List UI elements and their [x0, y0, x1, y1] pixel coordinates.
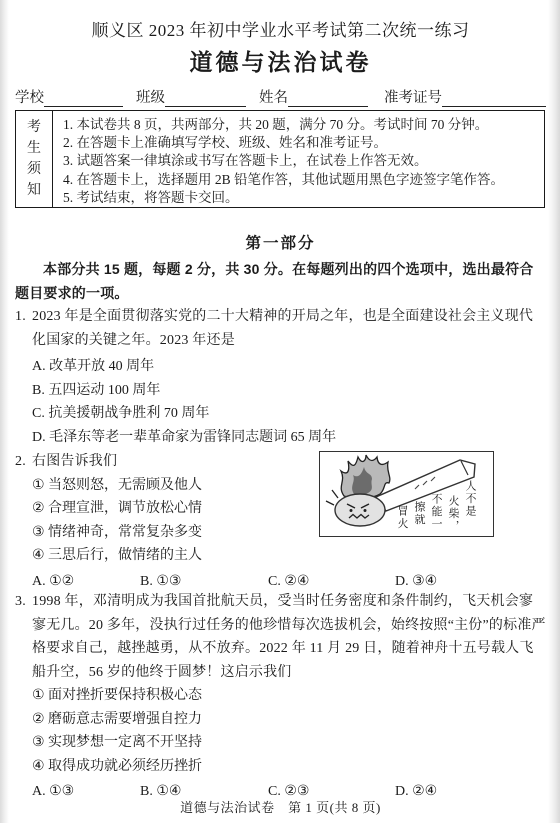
- question-2: 2. 右图告诉我们 ① 当怒则怒，无需顾及他人 ② 合理宣泄，调节放松心情 ③ …: [15, 450, 546, 593]
- question-2-figure-box: 人不是 火柴， 不能一 擦就 冒火: [319, 451, 494, 537]
- admission-number-blank-line: [442, 91, 546, 107]
- statement-4: ④ 取得成功就必须经历挫折: [15, 755, 546, 779]
- name-label: 姓名: [259, 86, 288, 107]
- question-3-items: ① 面对挫折要保持积极心态 ② 磨砺意志需要增强自控力 ③ 实现梦想一定离不开坚…: [15, 684, 546, 778]
- candidate-notice-box: 考 生 须 知 1. 本试卷共 8 页，共两部分，共 20 题，满分 70 分。…: [15, 110, 545, 208]
- school-label: 学校: [15, 86, 44, 107]
- class-blank-line: [165, 91, 246, 107]
- notice-items: 1. 本试卷共 8 页，共两部分，共 20 题，满分 70 分。考试时间 70 …: [53, 111, 544, 207]
- question-1-number: 1.: [15, 305, 26, 329]
- notice-item: 1. 本试卷共 8 页，共两部分，共 20 题，满分 70 分。考试时间 70 …: [63, 116, 536, 134]
- notice-item: 2. 在答题卡上准确填写学校、班级、姓名和准考证号。: [63, 134, 536, 152]
- question-2-number: 2.: [15, 450, 26, 474]
- exam-subject-title: 道德与法治试卷: [15, 44, 546, 77]
- statement-2: ② 磨砺意志需要增强自控力: [15, 708, 546, 732]
- part-one-instructions: 本部分共 15 题，每题 2 分，共 30 分。在每题列出的四个选项中，选出最符…: [15, 258, 546, 305]
- question-1: 1. 2023 年是全面贯彻落实党的二十大精神的开局之年，也是全面建设社会主义现…: [15, 305, 546, 449]
- question-1-options: A. 改革开放 40 周年 B. 五四运动 100 周年 C. 抗美援朝战争胜利…: [15, 355, 546, 449]
- option-c: C. 抗美援朝战争胜利 70 周年: [15, 402, 546, 426]
- question-1-stem: 1. 2023 年是全面贯彻落实党的二十大精神的开局之年，也是全面建设社会主义现…: [15, 305, 546, 352]
- notice-item: 3. 试题答案一律填涂或书写在答题卡上，在试卷上作答无效。: [63, 152, 536, 170]
- question-3: 3. 1998 年，邓清明成为我国首批航天员，受当时任务密度和条件制约，飞天机会…: [15, 590, 546, 804]
- exam-paper-page: 顺义区 2023 年初中学业水平考试第二次统一练习 道德与法治试卷 学校 班级 …: [0, 0, 560, 823]
- class-label: 班级: [136, 86, 165, 107]
- statement-1: ① 面对挫折要保持积极心态: [15, 684, 546, 708]
- question-3-stem: 3. 1998 年，邓清明成为我国首批航天员，受当时任务密度和条件制约，飞天机会…: [15, 590, 546, 684]
- name-blank-line: [288, 91, 368, 107]
- option-b: B. 五四运动 100 周年: [15, 379, 546, 403]
- notice-side-label: 考 生 须 知: [16, 111, 53, 207]
- school-blank-line: [44, 91, 123, 107]
- scan-edge-right: [548, 0, 560, 823]
- statement-4: ④ 三思后行，做情绪的主人: [15, 544, 546, 568]
- student-info-row: 学校 班级 姓名 准考证号: [15, 86, 546, 107]
- exam-session-title: 顺义区 2023 年初中学业水平考试第二次统一练习: [15, 16, 546, 41]
- part-one-heading: 第一部分: [15, 231, 546, 253]
- question-3-number: 3.: [15, 590, 26, 614]
- option-d: D. 毛泽东等老一辈革命家为雷锋同志题词 65 周年: [15, 426, 546, 450]
- figure-caption-vertical: 人不是 火柴， 不能一 擦就 冒火: [393, 480, 478, 533]
- admission-number-label: 准考证号: [384, 86, 442, 107]
- statement-3: ③ 实现梦想一定离不开坚持: [15, 731, 546, 755]
- scan-edge-left: [0, 0, 9, 823]
- page-footer: 道德与法治试卷 第 1 页(共 8 页): [15, 797, 546, 816]
- option-a: A. 改革开放 40 周年: [15, 355, 546, 379]
- notice-item: 5. 考试结束，将答题卡交回。: [63, 189, 536, 207]
- notice-item: 4. 在答题卡上，选择题用 2B 铅笔作答，其他试题用黑色字迹签字笔作答。: [63, 171, 536, 189]
